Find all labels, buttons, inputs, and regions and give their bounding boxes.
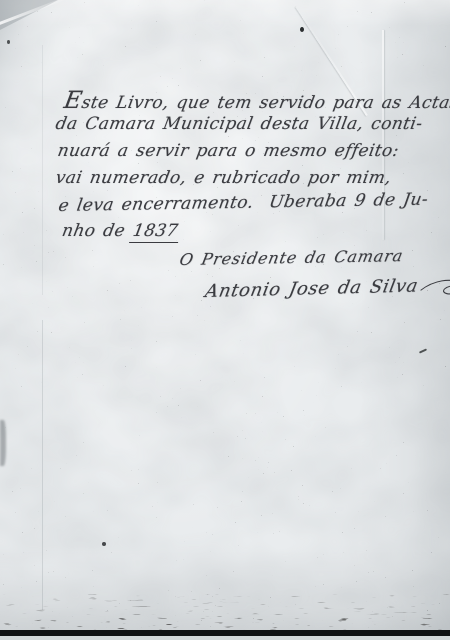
date-prefix: nho de	[60, 221, 126, 241]
signature-role-line: O Presidente da Camara	[178, 246, 405, 269]
manuscript-line-5: e leva encerramento. Uberaba 9 de Ju-	[57, 190, 430, 216]
corner-fold-shadow	[0, 0, 58, 30]
underlined-year: 1837	[129, 221, 182, 243]
ink-speck	[300, 27, 304, 32]
signature-text: Antonio Jose da Silva	[203, 275, 420, 302]
ink-speck	[419, 348, 427, 353]
manuscript-line-2: da Camara Municipal desta Villa, conti-	[54, 114, 424, 134]
manuscript-date-line: nho de1837	[60, 221, 182, 243]
signature-rubric-flourish	[417, 276, 450, 301]
manuscript-line-3: nuará a servir para o mesmo effeito:	[56, 141, 401, 161]
manuscript-line-1: Este Livro, que tem servido para as Acta…	[62, 86, 450, 114]
fold-line	[42, 320, 43, 610]
edge-smudge	[0, 420, 6, 466]
scan-bottom-edge	[0, 636, 450, 640]
fold-line	[42, 45, 43, 295]
manuscript-line-4: vai numerado, e rubricado por mim,	[54, 168, 393, 188]
ink-speck	[102, 542, 106, 546]
ink-speck	[7, 40, 10, 44]
manuscript-scan-page: Este Livro, que tem servido para as Acta…	[0, 0, 450, 640]
signature-name: Antonio Jose da Silva	[203, 273, 450, 304]
crease-line	[0, 0, 72, 27]
